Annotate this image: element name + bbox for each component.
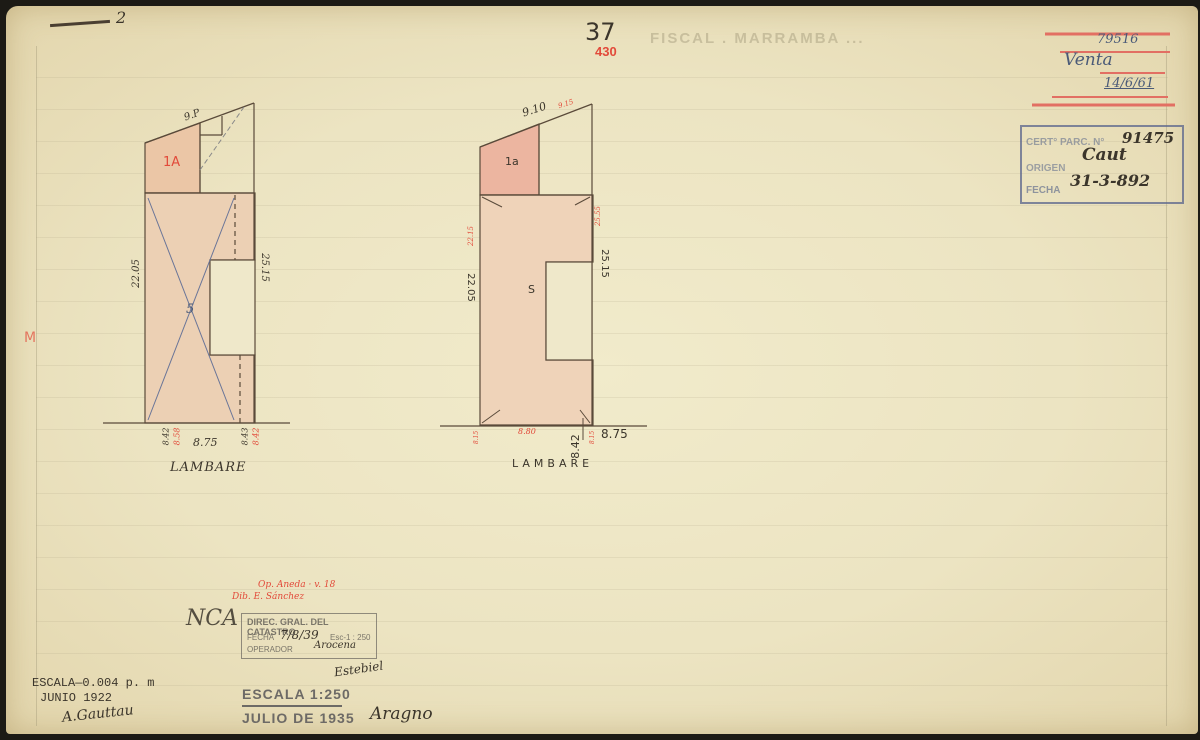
red-note-line1: Op. Aneda · v. 18 <box>258 580 335 590</box>
plan-1922-offset-left-red: 8.58 <box>172 428 181 446</box>
plan-1922-lot-5: 5 <box>186 302 194 317</box>
plan-1922-offset-left: 8.42 <box>161 428 170 446</box>
plan-1935-street-name: LAMBARE <box>512 457 593 470</box>
plan-1922-bottom-dimension: 8.75 <box>193 436 218 449</box>
plan-1935-lot-s: S <box>528 283 535 296</box>
initials-mark: NCA <box>186 606 238 631</box>
cert-stamp: CERT° PARC. N° 91475 ORIGEN Caut FECHA 3… <box>1020 125 1184 204</box>
plan-1935-bottom-offset: 8.42 <box>569 434 582 459</box>
red-note-line2: Dib. E. Sánchez <box>232 592 304 602</box>
plan-1922-right-dimension: 25.15 <box>259 253 270 282</box>
scale-1922: ESCALA—0.004 p. m <box>32 676 154 690</box>
plan-1935-lot-1a: 1a <box>505 155 519 168</box>
plan-1922-left-dimension: 22.05 <box>131 259 142 288</box>
site-plans-drawing <box>0 0 1200 740</box>
transfer-date: 14/6/61 <box>1104 76 1154 91</box>
plan-1935-bottom-left-red: 8.15 <box>473 431 480 444</box>
cert-fecha-label: FECHA <box>1026 185 1060 196</box>
plan-1935-right-dimension-red: 25.55 <box>594 206 602 226</box>
plan-1922-lot-1a: 1A <box>163 155 180 170</box>
catastro-fecha-value: 7/8/39 <box>280 628 319 642</box>
plan-1935-left-dimension: 22.05 <box>465 273 476 302</box>
origen-label: ORIGEN <box>1026 163 1065 174</box>
catastro-stamp: DIREC. GRAL. DEL CATASTRO FECHA 7/8/39 E… <box>241 613 377 659</box>
transfer-type: Venta <box>1064 50 1113 70</box>
catastro-fecha-label: FECHA <box>247 633 274 642</box>
plan-1935-shapes <box>440 104 647 440</box>
plan-1935-right-dimension: 25.15 <box>599 249 610 278</box>
plan-1935-bottom-dimension: 8.75 <box>601 427 628 441</box>
plan-1922-offset-right: 8.43 <box>240 428 249 446</box>
transfer-number: 79516 <box>1097 32 1138 47</box>
signature-1935: Aragno <box>370 704 433 724</box>
plan-1935-bottom-right-red: 8.15 <box>589 431 596 444</box>
scale-1935: ESCALA 1:250 <box>242 686 351 702</box>
scale-underline <box>242 705 342 707</box>
cert-value: 91475 <box>1122 129 1174 147</box>
catastro-operador-label: OPERADOR <box>247 645 293 654</box>
plan-1935-left-dimension-red: 22.15 <box>467 226 475 246</box>
plan-1935-bottom-red: 8.80 <box>518 427 536 436</box>
plan-1922-street-name: LAMBARE <box>170 460 247 475</box>
cert-fecha-value: 31-3-892 <box>1070 171 1150 190</box>
date-1922: JUNIO 1922 <box>40 691 112 705</box>
catastro-operador-value: Arocena <box>314 640 356 651</box>
plan-1922-offset-right-red: 8.42 <box>251 428 260 446</box>
date-1935: JULIO DE 1935 <box>242 710 355 726</box>
origen-value: Caut <box>1082 145 1127 165</box>
